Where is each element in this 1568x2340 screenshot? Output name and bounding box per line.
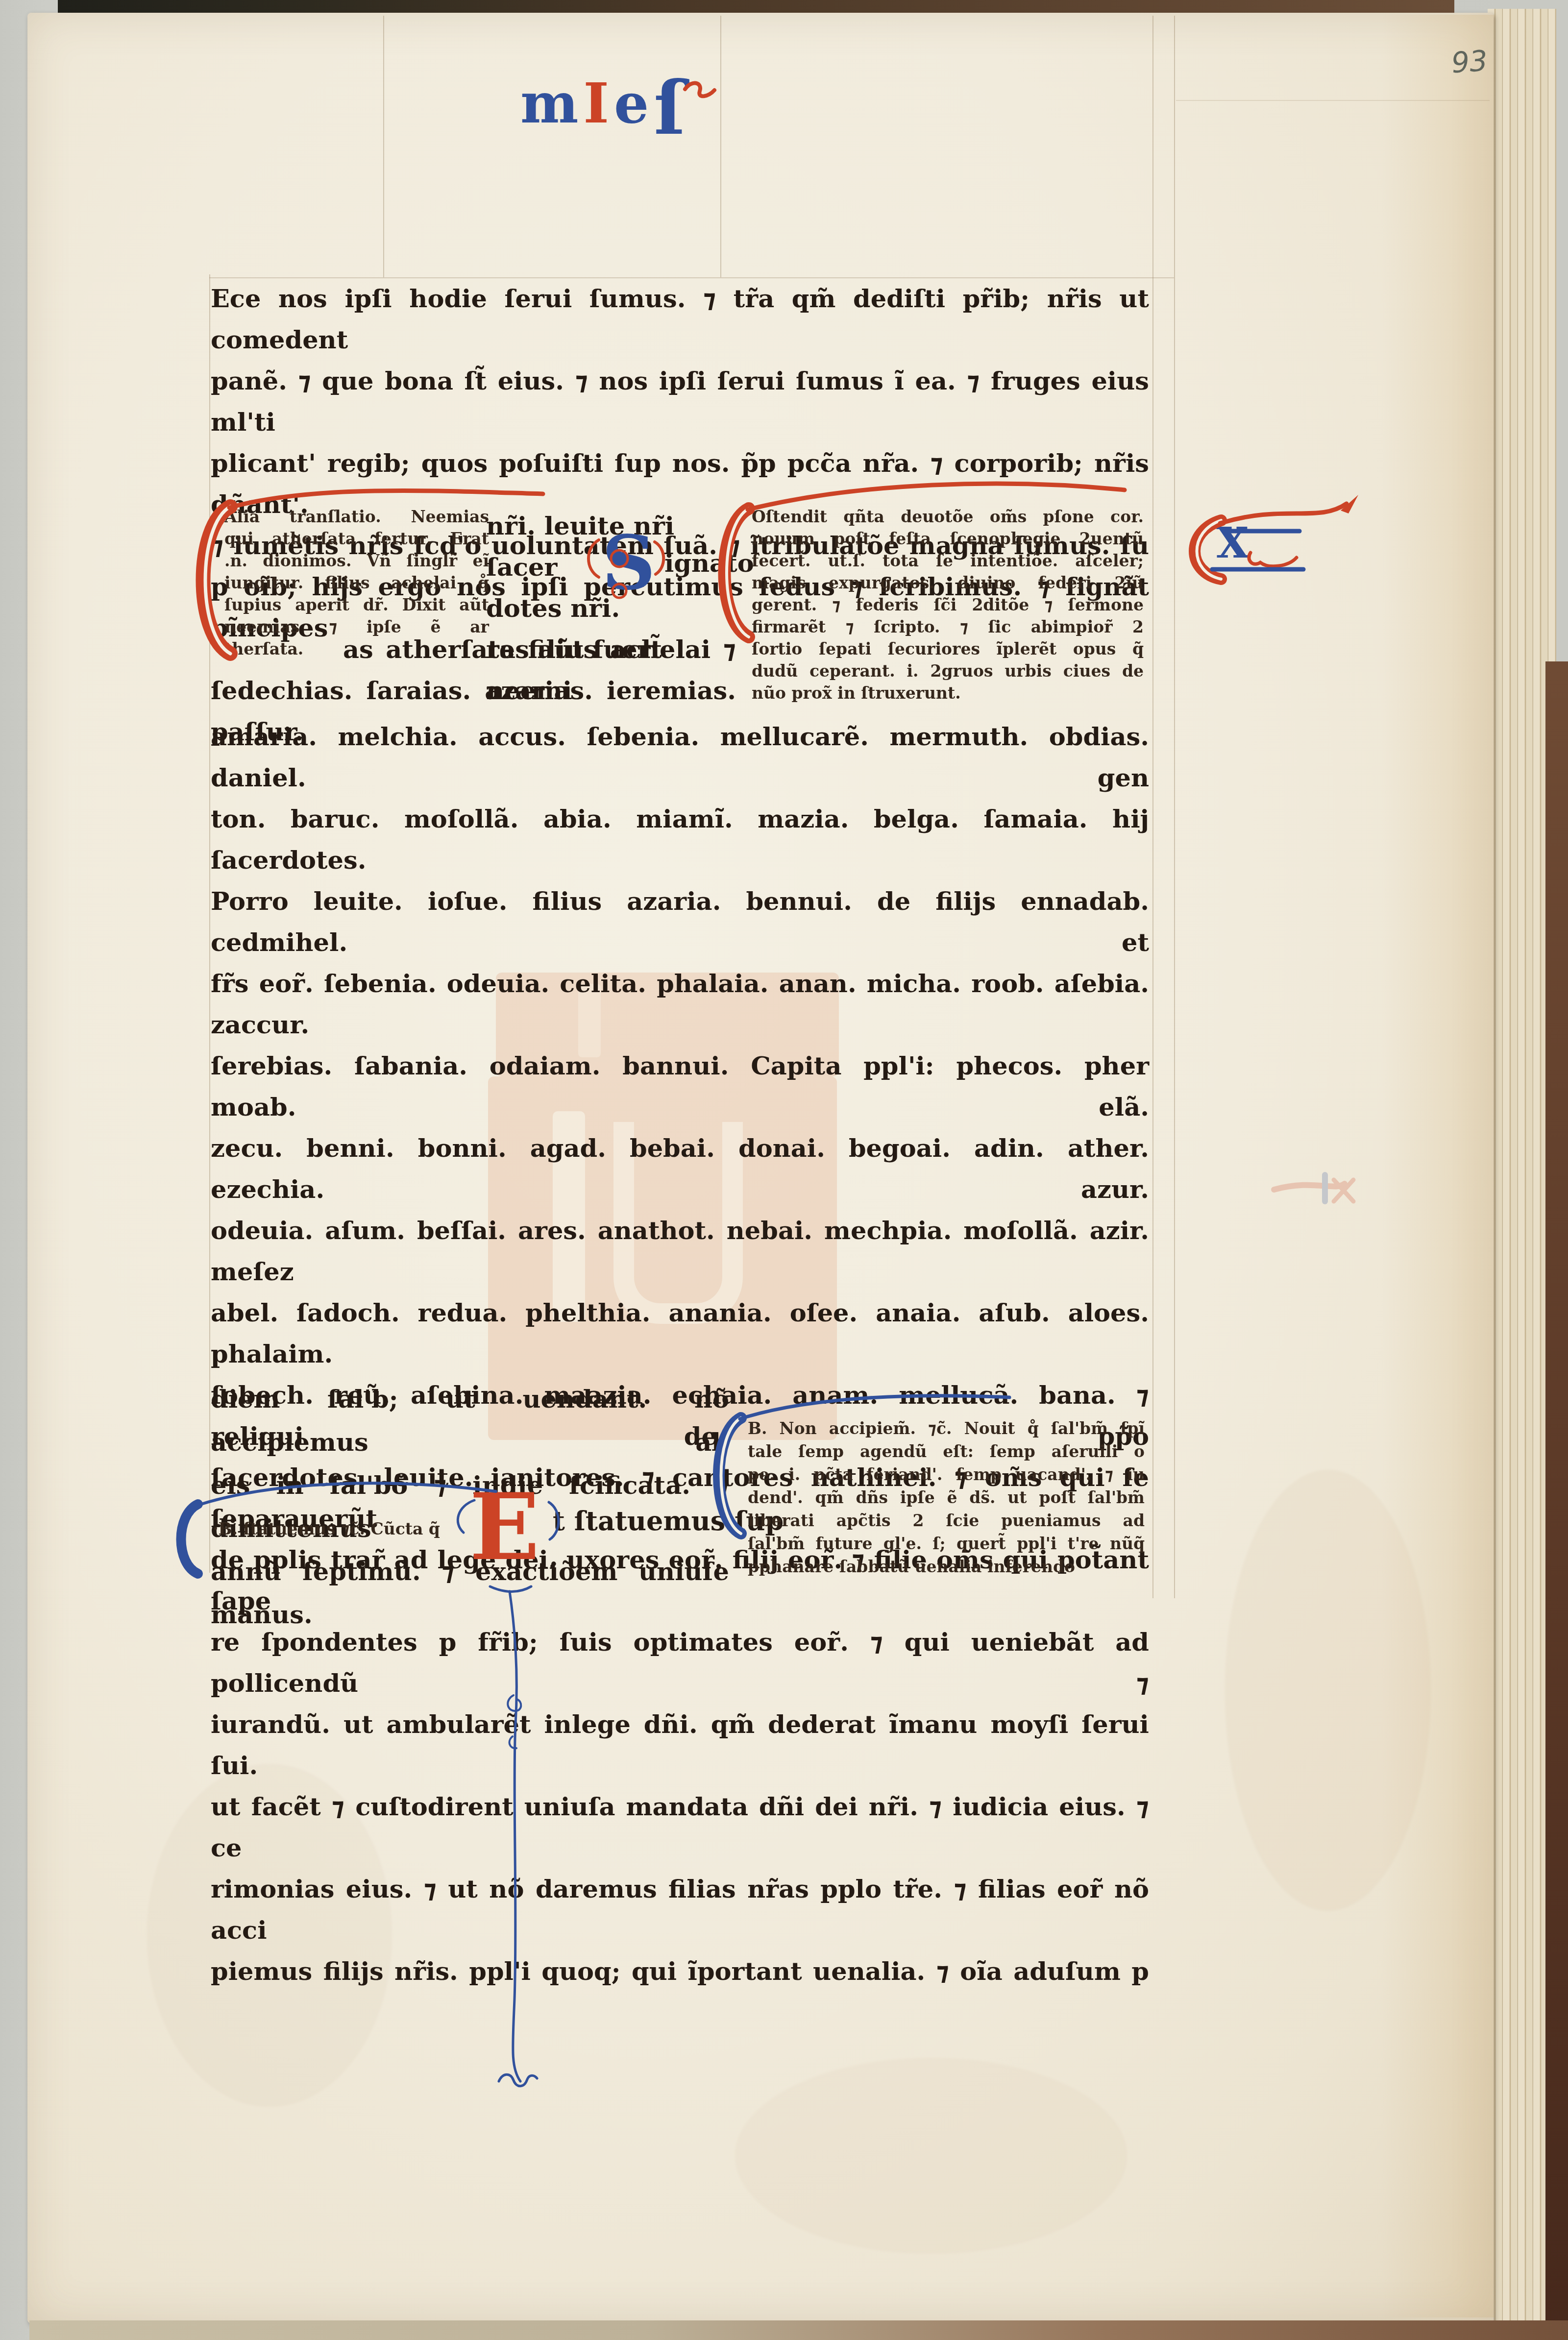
gloss-bracket-red-left (203, 507, 231, 654)
bracket-tail (740, 1396, 1009, 1419)
penwork-flourishes (0, 0, 1568, 2340)
bracket-tail (229, 490, 543, 508)
initial-e-descender (510, 1591, 520, 2081)
bracket-tail (198, 1483, 496, 1505)
manuscript-photo: mIeſ 93 X Ece nos ipſi hodie ſerui ſumus… (0, 0, 1568, 2340)
bracket-tail (748, 484, 1125, 510)
book-bottom-edge (29, 2320, 1568, 2340)
chapter-flourish (1220, 504, 1347, 523)
initial-s-penwork (588, 540, 599, 577)
initial-e-penwork (458, 1500, 474, 1533)
gloss-bracket-blue-left (181, 1504, 198, 1574)
header-flourish (685, 83, 714, 97)
ghost-chapter-mark (1274, 1175, 1353, 1201)
